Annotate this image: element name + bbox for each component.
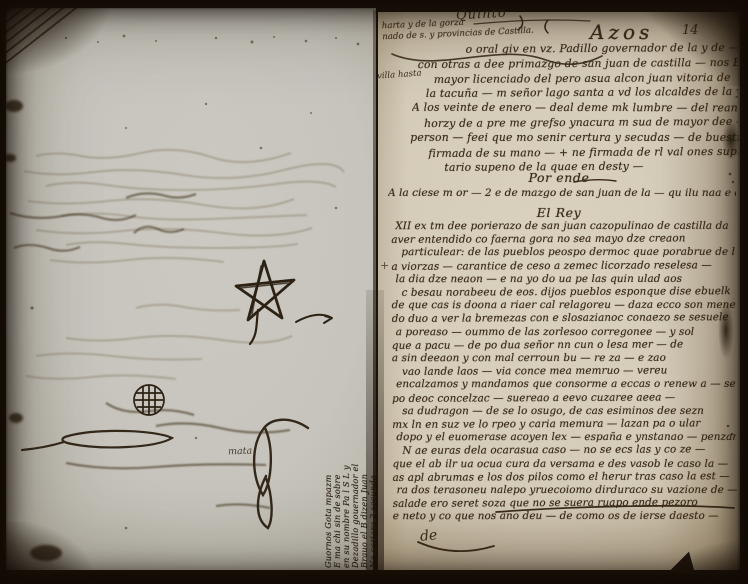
photo-edge-top xyxy=(0,0,748,10)
left-page-doodles xyxy=(6,8,376,570)
ink-specks xyxy=(30,35,359,530)
crosshatch-circle-doodle xyxy=(134,385,164,415)
gutter-fold-line xyxy=(373,10,376,570)
vertical-note-line: E ma chi sin de sobre xyxy=(333,408,342,568)
photo-corner-top-right xyxy=(628,0,748,86)
photo-edge-left xyxy=(0,0,8,584)
photo-edge-right xyxy=(737,0,748,584)
lasso-doodle xyxy=(22,431,172,450)
right-page-flourishes xyxy=(378,12,740,570)
left-page-word: mata xyxy=(228,446,253,458)
vertical-note-line: Guornos Gota mpazm xyxy=(324,408,333,568)
pentagram-star-doodle xyxy=(236,261,332,344)
bleedthrough-lines xyxy=(24,150,344,379)
photo-corner-top-left xyxy=(0,0,110,74)
vertical-note-line: Dezadillo gouernador el xyxy=(351,408,360,568)
edge-blob xyxy=(718,300,734,360)
photo-edge-bottom xyxy=(0,571,748,584)
scribble-fragments xyxy=(10,193,290,508)
left-page: mata Guornos Gota mpazm E ma chi sin de … xyxy=(6,8,376,570)
manuscript-photo: mata Guornos Gota mpazm E ma chi sin de … xyxy=(0,0,748,584)
loop-flourish-doodle xyxy=(254,420,308,528)
vertical-note-line: en su nombre Pa l S L y xyxy=(342,408,351,568)
right-page: harta y de la gorza nado de s. y provinc… xyxy=(378,12,740,570)
edge-blobs xyxy=(6,100,62,561)
